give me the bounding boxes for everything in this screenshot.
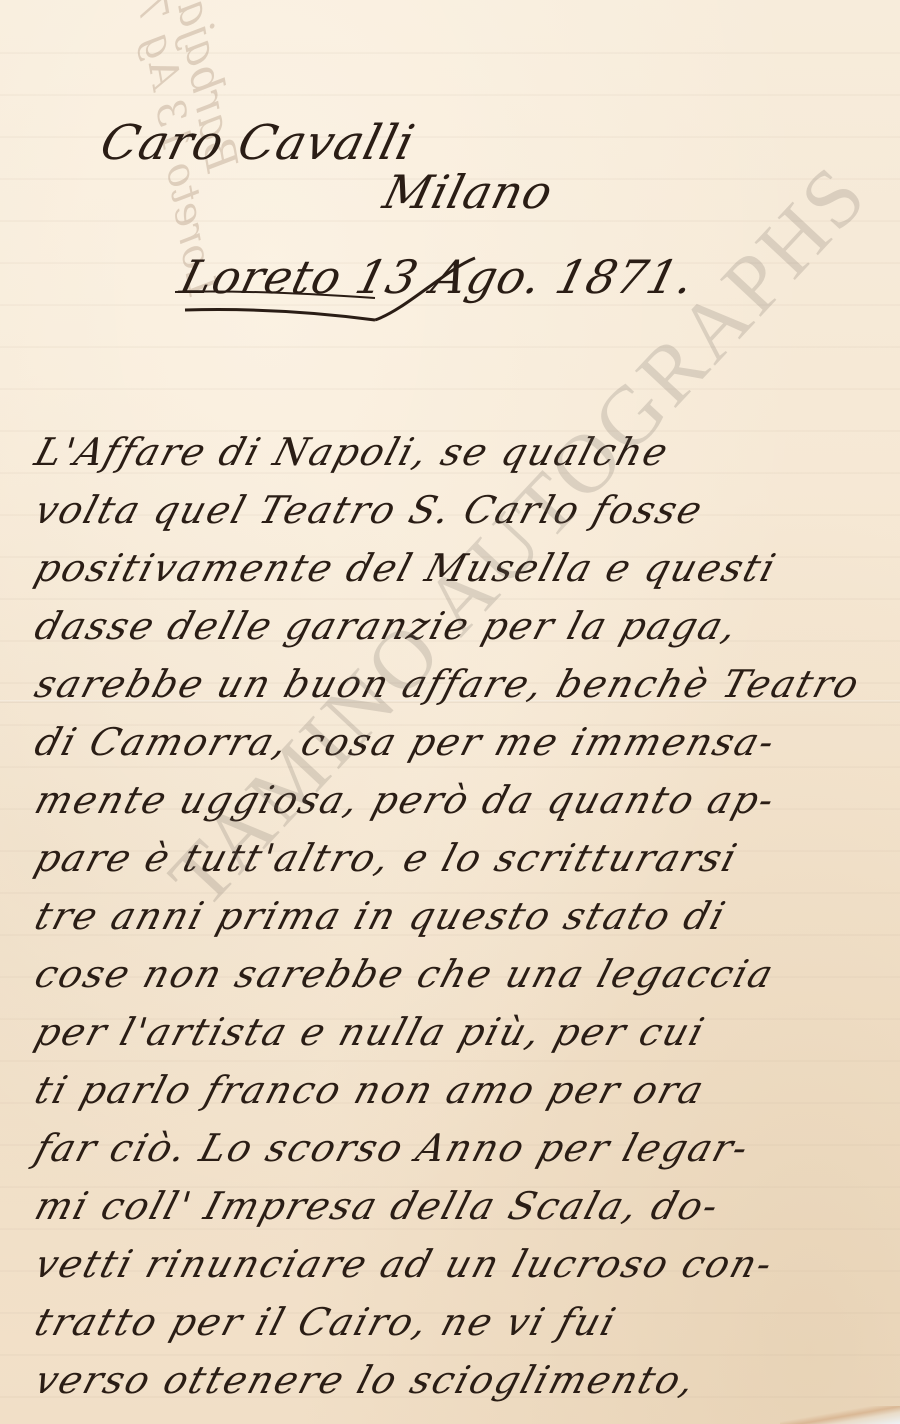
letter-city: Milano (378, 165, 559, 219)
letter-line: sarebbe un buon affare, benchè Teatro (30, 662, 866, 706)
letter-line: L'Affare di Napoli, se qualche (30, 430, 675, 474)
dateline-flourish (175, 250, 495, 330)
letter-line: far ciò. Lo scorso Anno per legar- (30, 1126, 755, 1170)
letter-line: vetti rinunciare ad un lucroso con- (30, 1242, 779, 1286)
letter-line: tre anni prima in questo stato di (30, 894, 732, 938)
letter-line: tratto per il Cairo, ne vi fui (30, 1300, 622, 1344)
letter-salutation: Caro Cavalli (95, 115, 421, 171)
letter-line: ti parlo franco non amo per ora (30, 1068, 710, 1112)
letter-line: cose non sarebbe che una legaccia (30, 952, 780, 996)
letter-line: pare è tutt'altro, e lo scritturarsi (30, 836, 743, 880)
letter-line: verso ottenere lo scioglimento, (30, 1358, 702, 1402)
letter-line: per l'artista e nulla più, per cui (30, 1010, 711, 1054)
letter-line: dasse delle garanzie per la paga, (30, 604, 744, 648)
letter-line: mente uggiosa, però da quanto ap- (30, 778, 781, 822)
letter-line: volta quel Teatro S. Carlo fosse (30, 488, 709, 532)
paper-torn-corner (780, 1406, 900, 1424)
letter-line: mi coll' Impresa della Scala, do- (30, 1184, 725, 1228)
letter-line: di Camorra, cosa per me immensa- (30, 720, 781, 764)
letter-line: positivamente del Musella e questi (30, 546, 782, 590)
